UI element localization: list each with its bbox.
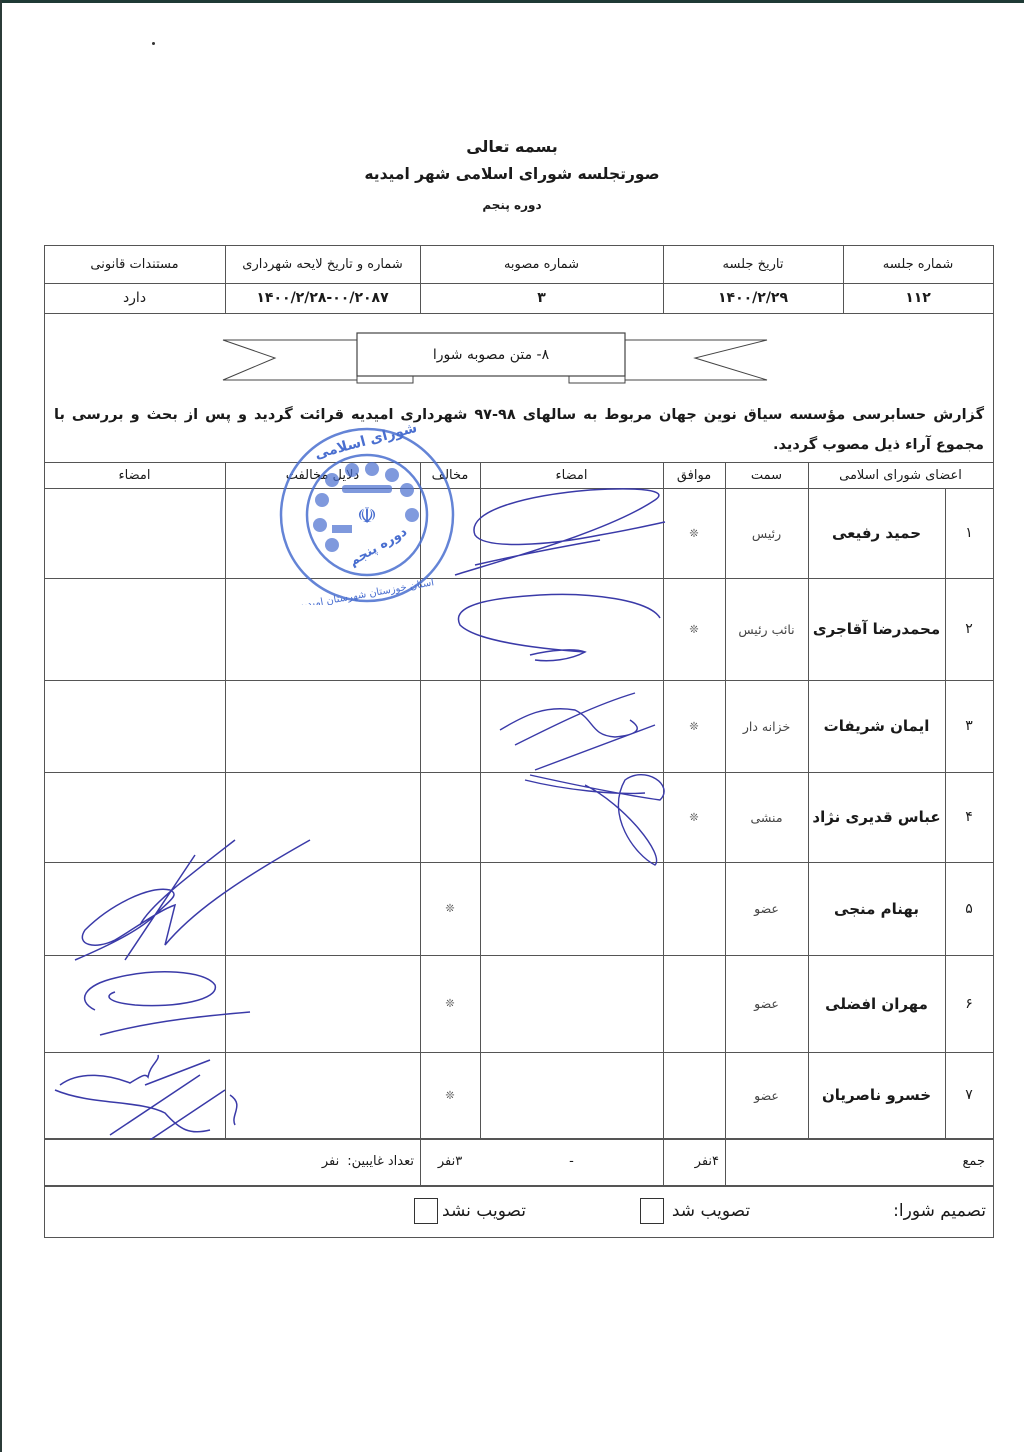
header-agree: موافق (663, 462, 725, 488)
row-number: ۲ (945, 578, 993, 680)
oppose-mark: ❊ (420, 1052, 480, 1138)
member-role: عضو (725, 862, 808, 955)
agree-mark (663, 1052, 725, 1138)
oppose-mark (420, 488, 480, 578)
member-name: حمید رفیعی (808, 488, 945, 578)
col-line-agree-sig (480, 462, 481, 1138)
session-date-value: ۱۴۰۰/۲/۲۹ (663, 283, 843, 313)
member-role: عضو (725, 1052, 808, 1138)
banner-label: ۸- متن مصوبه شورا (357, 333, 625, 376)
approved-label: تصویب شد (672, 1201, 750, 1221)
rejected-label: تصویب نشد (442, 1201, 526, 1221)
document-title: صورتجلسه شورای اسلامی شهر امیدیه (0, 165, 1024, 183)
row-number: ۴ (945, 772, 993, 862)
meta-header-resolution-number: شماره مصوبه (420, 245, 663, 283)
meta-header-session-number: شماره جلسه (843, 245, 993, 283)
resolution-text: گزارش حسابرسی مؤسسه سیاق نوین جهان مربوط… (54, 400, 984, 460)
member-name: خسرو ناصریان (808, 1052, 945, 1138)
meta-divider (44, 313, 994, 314)
member-role: منشی (725, 772, 808, 862)
invocation-heading: بسمه تعالی (0, 137, 1024, 156)
scan-top-edge (0, 0, 1024, 3)
member-name: بهنام منجی (808, 862, 945, 955)
agree-count: ۴نفر (663, 1138, 725, 1185)
absent-value: نفر (322, 1154, 339, 1169)
scan-left-edge (0, 0, 2, 1452)
approved-checkbox[interactable] (640, 1198, 664, 1224)
agree-mark: ❊ (663, 578, 725, 680)
agree-mark: ❊ (663, 680, 725, 772)
agree-mark (663, 955, 725, 1052)
decision-label: تصمیم شورا: (850, 1185, 990, 1237)
oppose-mark: ❊ (420, 955, 480, 1052)
meta-header-bill-number-date: شماره و تاریخ لایحه شهرداری (225, 245, 420, 283)
session-number-value: ۱۱۲ (843, 283, 993, 313)
row-number: ۱ (945, 488, 993, 578)
term-subtitle: دوره پنجم (0, 198, 1024, 212)
legal-documents-value: دارد (44, 283, 225, 313)
header-oppose-signature: امضاء (44, 462, 225, 488)
oppose-mark (420, 772, 480, 862)
agree-mark: ❊ (663, 488, 725, 578)
rejected-checkbox[interactable] (414, 1198, 438, 1224)
absent-label: تعداد غایبین: (347, 1154, 414, 1169)
row-number: ۶ (945, 955, 993, 1052)
member-name: ایمان شریفات (808, 680, 945, 772)
totals-dash: - (480, 1138, 663, 1185)
member-name: مهران افضلی (808, 955, 945, 1052)
oppose-count: ۳نفر (420, 1138, 480, 1185)
meta-header-session-date: تاریخ جلسه (663, 245, 843, 283)
scan-speck (152, 42, 155, 45)
oppose-mark: ❊ (420, 862, 480, 955)
decision-approved-option[interactable]: تصویب شد (625, 1185, 765, 1237)
meta-header-legal-documents: مستندات قانونی (44, 245, 225, 283)
header-members: اعضای شورای اسلامی (808, 462, 993, 488)
agree-mark: ❊ (663, 772, 725, 862)
col-line-reasons (225, 462, 226, 1138)
member-role: نائب رئیس (725, 578, 808, 680)
row-number: ۷ (945, 1052, 993, 1138)
member-name: محمدرضا آقاجری (808, 578, 945, 680)
totals-label: جمع (725, 1138, 993, 1185)
header-role: سمت (725, 462, 808, 488)
decision-rejected-option[interactable]: تصویب نشد (400, 1185, 540, 1237)
row-number: ۳ (945, 680, 993, 772)
member-role: عضو (725, 955, 808, 1052)
agree-mark (663, 862, 725, 955)
member-role: خزانه دار (725, 680, 808, 772)
resolution-number-value: ۳ (420, 283, 663, 313)
header-agree-signature: امضاء (480, 462, 663, 488)
oppose-mark (420, 680, 480, 772)
oppose-mark (420, 578, 480, 680)
bill-number-date-value: ۱۴۰۰/۲/۲۸-۰۰/۲۰۸۷ (225, 283, 420, 313)
member-role: رئیس (725, 488, 808, 578)
absent-count: تعداد غایبین: نفر (44, 1138, 420, 1185)
header-oppose: مخالف (420, 462, 480, 488)
row-number: ۵ (945, 862, 993, 955)
header-oppose-reasons: دلایل مخالفت (225, 462, 420, 488)
member-name: عباس قدیری نژاد (808, 772, 945, 862)
